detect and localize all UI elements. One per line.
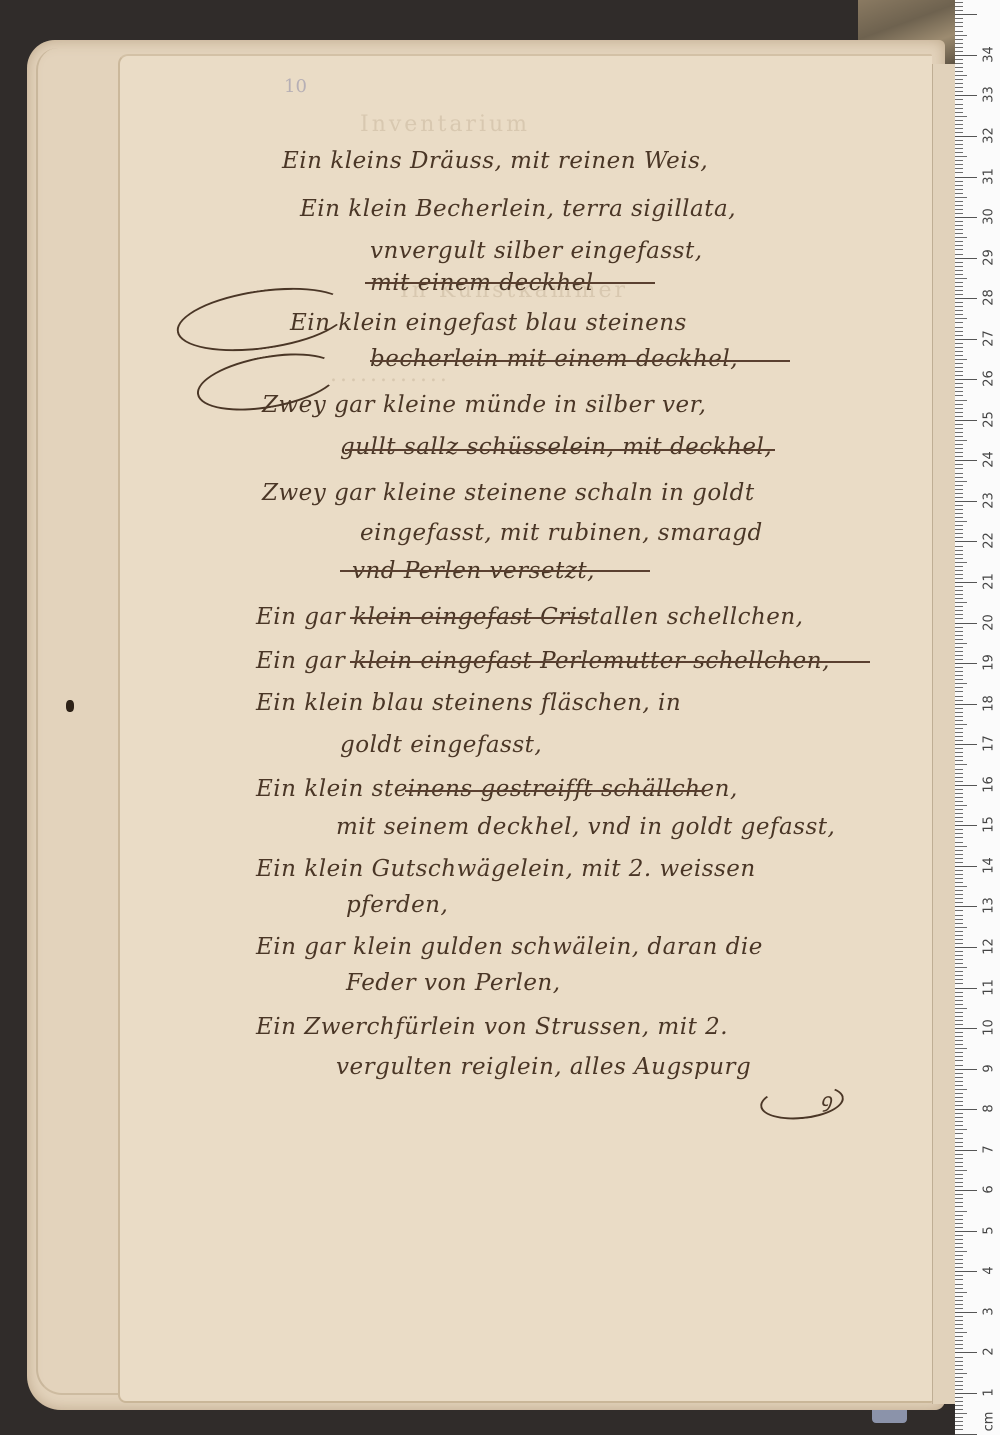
ruler-tick [955, 951, 963, 952]
ruler-tick [955, 185, 963, 186]
ruler-tick [955, 1300, 963, 1301]
ruler-tick [955, 732, 963, 733]
ruler-tick [955, 290, 963, 291]
ruler-tick [955, 254, 963, 255]
ruler-tick [955, 1385, 963, 1386]
ruler-label: 29 [982, 243, 997, 271]
ruler-tick [955, 967, 967, 968]
ruler-tick [955, 164, 963, 165]
ruler-tick [955, 1348, 963, 1349]
manuscript-line: vnvergult silber eingefasst, [370, 238, 703, 264]
ruler-tick [955, 266, 963, 267]
ruler-tick [955, 910, 963, 911]
ruler-tick [955, 870, 963, 871]
ruler-tick [955, 1146, 963, 1147]
ruler-tick [955, 817, 963, 818]
ruler-tick [955, 168, 963, 169]
ruler-tick [955, 116, 967, 117]
ruler-tick [955, 1020, 963, 1021]
strikethrough [340, 570, 650, 572]
ruler-tick [955, 728, 963, 729]
ruler-label: 19 [982, 649, 997, 677]
page-gutter [932, 64, 956, 1404]
ruler-tick [955, 120, 963, 121]
ruler-tick [955, 258, 977, 259]
ruler-tick [955, 1288, 963, 1289]
ruler-label: 14 [982, 851, 997, 879]
ruler-tick [955, 1231, 977, 1232]
ruler-tick [955, 51, 963, 52]
ruler-tick [955, 383, 963, 384]
ruler-tick [955, 375, 963, 376]
ruler-tick [955, 172, 963, 173]
ruler-tick [955, 971, 963, 972]
ruler-tick [955, 1036, 963, 1037]
ruler-tick [955, 1352, 977, 1353]
ruler-tick [955, 221, 963, 222]
ruler-tick [955, 1340, 963, 1341]
ruler-tick [955, 740, 963, 741]
ruler-tick [955, 1182, 963, 1183]
manuscript-line: Zwey gar kleine münde in silber ver, [262, 392, 706, 418]
ruler-tick [955, 1328, 963, 1329]
folio-number: 10 [284, 76, 307, 97]
ruler-tick [955, 1320, 963, 1321]
ruler-tick [955, 87, 963, 88]
ruler-tick [955, 1316, 963, 1317]
ruler-tick [955, 79, 963, 80]
ruler-tick [955, 1081, 963, 1082]
ruler-tick [955, 1279, 963, 1280]
ruler-tick [955, 1312, 977, 1313]
ruler-tick [955, 959, 963, 960]
ruler-tick [955, 639, 963, 640]
ruler-tick [955, 509, 963, 510]
ruler-tick [955, 643, 967, 644]
manuscript-line: Ein gar klein gulden schwälein, daran di… [256, 934, 763, 960]
ruler-tick [955, 1405, 963, 1406]
ruler-tick [955, 331, 963, 332]
ruler-tick [955, 95, 977, 96]
ruler-tick [955, 886, 967, 887]
ruler-tick [955, 1040, 963, 1041]
manuscript-line: becherlein mit einem deckhel, [370, 346, 738, 372]
ruler-tick [955, 128, 963, 129]
ruler-tick [955, 124, 963, 125]
ruler-tick [955, 262, 963, 263]
ruler-tick [955, 915, 963, 916]
ruler-tick [955, 412, 963, 413]
ruler-tick [955, 720, 963, 721]
ruler-tick [955, 696, 963, 697]
ruler-unit-label: cm [982, 1408, 997, 1435]
ruler-tick [955, 351, 963, 352]
ruler-tick [955, 343, 963, 344]
ruler-tick [955, 209, 963, 210]
ruler-tick [955, 631, 963, 632]
ruler-tick [955, 1381, 963, 1382]
ruler-tick [955, 205, 963, 206]
ruler-tick [955, 1206, 963, 1207]
ruler-tick [955, 687, 963, 688]
ruler-label: 20 [982, 608, 997, 636]
ruler-tick [955, 201, 963, 202]
ruler-label: 11 [982, 973, 997, 1001]
ruler-tick [955, 667, 963, 668]
ruler-tick [955, 773, 963, 774]
ruler-tick [955, 1194, 963, 1195]
ruler-tick [955, 955, 963, 956]
ruler-tick [955, 752, 963, 753]
ruler-tick [955, 10, 963, 11]
ruler-tick [955, 651, 963, 652]
ruler-tick [955, 1085, 963, 1086]
ruler-tick [955, 408, 963, 409]
ruler-label: 1 [982, 1379, 997, 1407]
ruler-tick [955, 501, 977, 502]
ruler-tick [955, 59, 963, 60]
ruler-tick [955, 1093, 963, 1094]
ruler-tick [955, 1247, 963, 1248]
ruler-tick [955, 541, 977, 542]
ruler-tick [955, 14, 977, 15]
ruler-tick [955, 1308, 963, 1309]
ruler-tick [955, 460, 977, 461]
ruler-tick [955, 83, 963, 84]
ruler-tick [955, 927, 967, 928]
ruler-tick [955, 537, 963, 538]
ruler-tick [955, 785, 977, 786]
ruler-label: 23 [982, 486, 997, 514]
ruler-tick [955, 550, 963, 551]
ruler-tick [955, 473, 963, 474]
ruler-tick [955, 1125, 963, 1126]
ruler-tick [955, 1235, 963, 1236]
ruler-tick [955, 1434, 977, 1435]
manuscript-line: Ein klein eingefast blau steinens [290, 310, 687, 336]
ruler-tick [955, 371, 963, 372]
ruler-tick [955, 1211, 967, 1212]
ruler-tick [955, 302, 963, 303]
ruler-tick [955, 1389, 963, 1390]
ruler-tick [955, 363, 963, 364]
ruler-tick [955, 1052, 963, 1053]
ruler-tick [955, 1215, 963, 1216]
ruler-tick [955, 1365, 963, 1366]
ruler-tick [955, 655, 963, 656]
ruler-tick [955, 1275, 963, 1276]
manuscript-line: Zwey gar kleine steinene schaln in goldt [262, 480, 755, 506]
ruler-tick [955, 1255, 963, 1256]
ruler-tick [955, 1243, 963, 1244]
ruler-label: 9 [982, 1054, 997, 1082]
ruler-tick [955, 724, 967, 725]
ruler-tick [955, 108, 963, 109]
ruler-tick [955, 1429, 963, 1430]
ruler-label: 22 [982, 527, 997, 555]
ruler-tick [955, 809, 963, 810]
ruler-tick [955, 1198, 963, 1199]
ruler-tick [955, 112, 963, 113]
ruler-tick [955, 562, 967, 563]
ruler-tick [955, 683, 967, 684]
ruler-tick [955, 286, 963, 287]
ruler-tick [955, 347, 963, 348]
ruler-tick [955, 963, 963, 964]
ruler-tick [955, 618, 963, 619]
ruler-tick [955, 837, 963, 838]
manuscript-line: Feder von Perlen, [346, 970, 561, 996]
ruler-label: 25 [982, 405, 997, 433]
ruler-tick [955, 1409, 963, 1410]
ruler-tick [955, 339, 977, 340]
ruler-tick [955, 659, 963, 660]
ruler-label: 30 [982, 203, 997, 231]
ruler-tick [955, 282, 963, 283]
ruler-tick [955, 217, 977, 218]
ruler-tick [955, 181, 963, 182]
ruler-tick [955, 517, 963, 518]
ruler-tick [955, 104, 963, 105]
ruler-tick [955, 440, 967, 441]
strikethrough [350, 617, 590, 619]
ruler-label: 17 [982, 730, 997, 758]
ruler-tick [955, 71, 963, 72]
ruler-tick [955, 1251, 967, 1252]
ruler-tick [955, 919, 963, 920]
ruler-tick [955, 22, 963, 23]
ruler-tick [955, 675, 963, 676]
ruler-label: 27 [982, 324, 997, 352]
closing-mark: ꝯ [820, 1086, 832, 1113]
ruler-tick [955, 1332, 967, 1333]
ruler-tick [955, 1336, 963, 1337]
show-through-text: Inventarium [360, 112, 530, 137]
strikethrough [350, 661, 870, 663]
ruler-tick [955, 533, 963, 534]
ruler-tick [955, 983, 963, 984]
ruler-tick [955, 1138, 963, 1139]
ruler-tick [955, 229, 963, 230]
ruler-label: 4 [982, 1257, 997, 1285]
ruler-tick [955, 764, 967, 765]
ruler-tick [955, 1239, 963, 1240]
ruler-label: 32 [982, 121, 997, 149]
ruler-tick [955, 1304, 963, 1305]
ruler-tick [955, 1101, 963, 1102]
ruler-tick [955, 890, 963, 891]
manuscript-line: Ein kleins Dräuss, mit reinen Weis, [282, 148, 708, 174]
ruler-tick [955, 63, 963, 64]
ruler-tick [955, 590, 963, 591]
ruler-tick [955, 1361, 963, 1362]
ruler-tick [955, 1077, 963, 1078]
ruler-tick [955, 416, 963, 417]
ruler-tick [955, 842, 963, 843]
ruler-tick [955, 197, 967, 198]
ruler-tick [955, 1089, 967, 1090]
ruler-tick [955, 448, 963, 449]
ruler-tick [955, 898, 963, 899]
manuscript-line: eingefasst, mit rubinen, smaragd [360, 520, 763, 546]
ink-blot [66, 700, 74, 712]
ruler-tick [955, 923, 963, 924]
ruler-tick [955, 1259, 963, 1260]
ruler-tick [955, 1073, 963, 1074]
ruler-tick [955, 355, 963, 356]
ruler-tick [955, 1357, 963, 1358]
ruler-tick [955, 1142, 963, 1143]
ruler-tick [955, 132, 963, 133]
ruler-label: 21 [982, 568, 997, 596]
ruler-tick [955, 1024, 963, 1025]
ruler-tick [955, 148, 963, 149]
ruler-tick [955, 586, 963, 587]
ruler-tick [955, 67, 963, 68]
ruler-tick [955, 485, 963, 486]
ruler-tick [955, 18, 963, 19]
ruler-tick [955, 1296, 963, 1297]
ruler-tick [955, 306, 963, 307]
ruler-tick [955, 298, 977, 299]
ruler-label: 15 [982, 811, 997, 839]
ruler-tick [955, 432, 963, 433]
ruler-tick [955, 1109, 977, 1110]
ruler-tick [955, 793, 963, 794]
ruler-tick [955, 756, 963, 757]
ruler-tick [955, 1158, 963, 1159]
ruler-tick [955, 468, 963, 469]
ruler-tick [955, 452, 963, 453]
ruler-tick [955, 700, 963, 701]
ruler-tick [955, 1012, 963, 1013]
ruler-tick [955, 233, 963, 234]
ruler-tick [955, 493, 963, 494]
ruler-tick [955, 249, 963, 250]
ruler-tick [955, 1008, 967, 1009]
ruler-tick [955, 1202, 963, 1203]
ruler-tick [955, 992, 963, 993]
ruler-tick [955, 136, 977, 137]
ruler-tick [955, 274, 963, 275]
ruler-tick [955, 1413, 967, 1414]
ruler-tick [955, 436, 963, 437]
ruler-tick [955, 1223, 963, 1224]
ruler-label: 28 [982, 284, 997, 312]
ruler-tick [955, 521, 967, 522]
ruler-tick [955, 444, 963, 445]
ruler-tick [955, 420, 977, 421]
ruler-tick [955, 874, 963, 875]
ruler-tick [955, 1417, 963, 1418]
ruler-tick [955, 578, 963, 579]
ruler-tick [955, 6, 963, 7]
ruler-tick [955, 156, 967, 157]
ruler-tick [955, 935, 963, 936]
ruler-tick [955, 318, 967, 319]
ruler-tick [955, 322, 963, 323]
ruler-tick [955, 1162, 963, 1163]
ruler-tick [955, 47, 963, 48]
ruler-tick [955, 858, 963, 859]
ruler-tick [955, 813, 963, 814]
strikethrough [405, 790, 705, 792]
ruler-tick [955, 278, 967, 279]
ruler-tick [955, 610, 963, 611]
ruler-tick [955, 387, 963, 388]
ruler-tick [955, 1048, 967, 1049]
ruler-tick [955, 160, 963, 161]
ruler-tick [955, 1065, 963, 1066]
ruler-tick [955, 327, 963, 328]
ruler-tick [955, 140, 963, 141]
ruler-label: 8 [982, 1095, 997, 1123]
ruler-tick [955, 1421, 963, 1422]
ruler-tick [955, 708, 963, 709]
ruler-tick [955, 359, 967, 360]
ruler-tick [955, 391, 963, 392]
ruler-tick [955, 821, 963, 822]
ruler-tick [955, 1170, 967, 1171]
ruler-tick [955, 939, 963, 940]
ruler-tick [955, 558, 963, 559]
ruler-tick [955, 213, 963, 214]
ruler-tick [955, 55, 977, 56]
ruler-tick [955, 878, 963, 879]
ruler-label: 12 [982, 932, 997, 960]
ruler-tick [955, 1186, 963, 1187]
ruler-tick [955, 975, 963, 976]
ruler-label: 31 [982, 162, 997, 190]
ruler-tick [955, 627, 963, 628]
ruler-tick [955, 1004, 963, 1005]
manuscript-line: vergulten reiglein, alles Augspurg [336, 1054, 751, 1080]
ruler-tick [955, 1373, 967, 1374]
ruler-label: 3 [982, 1297, 997, 1325]
ruler-tick [955, 866, 977, 867]
ruler-tick [955, 1150, 977, 1151]
ruler-tick [955, 1271, 977, 1272]
ruler-tick [955, 805, 967, 806]
ruler-tick [955, 748, 963, 749]
ruler-tick [955, 193, 963, 194]
strikethrough [365, 282, 655, 284]
ruler-tick [955, 902, 963, 903]
ruler-tick [955, 294, 963, 295]
ruler-tick [955, 1344, 963, 1345]
manuscript-line: Ein klein Becherlein, terra sigillata, [300, 196, 736, 222]
ruler-tick [955, 777, 963, 778]
ruler-label: 34 [982, 40, 997, 68]
ruler-label: 24 [982, 446, 997, 474]
ruler-tick [955, 91, 963, 92]
ruler-tick [955, 635, 963, 636]
ruler-tick [955, 846, 967, 847]
ruler-tick [955, 566, 963, 567]
ruler-tick [955, 894, 963, 895]
ruler-tick [955, 712, 963, 713]
ruler-tick [955, 43, 963, 44]
ruler-tick [955, 1028, 977, 1029]
ruler-tick [955, 379, 977, 380]
ruler-tick [955, 1097, 963, 1098]
ruler-tick [955, 906, 977, 907]
ruler-tick [955, 1016, 963, 1017]
ruler-tick [955, 943, 963, 944]
ruler-tick [955, 570, 963, 571]
ruler-tick [955, 489, 963, 490]
manuscript-line: gullt sallz schüsselein, mit deckhel, [340, 434, 772, 460]
